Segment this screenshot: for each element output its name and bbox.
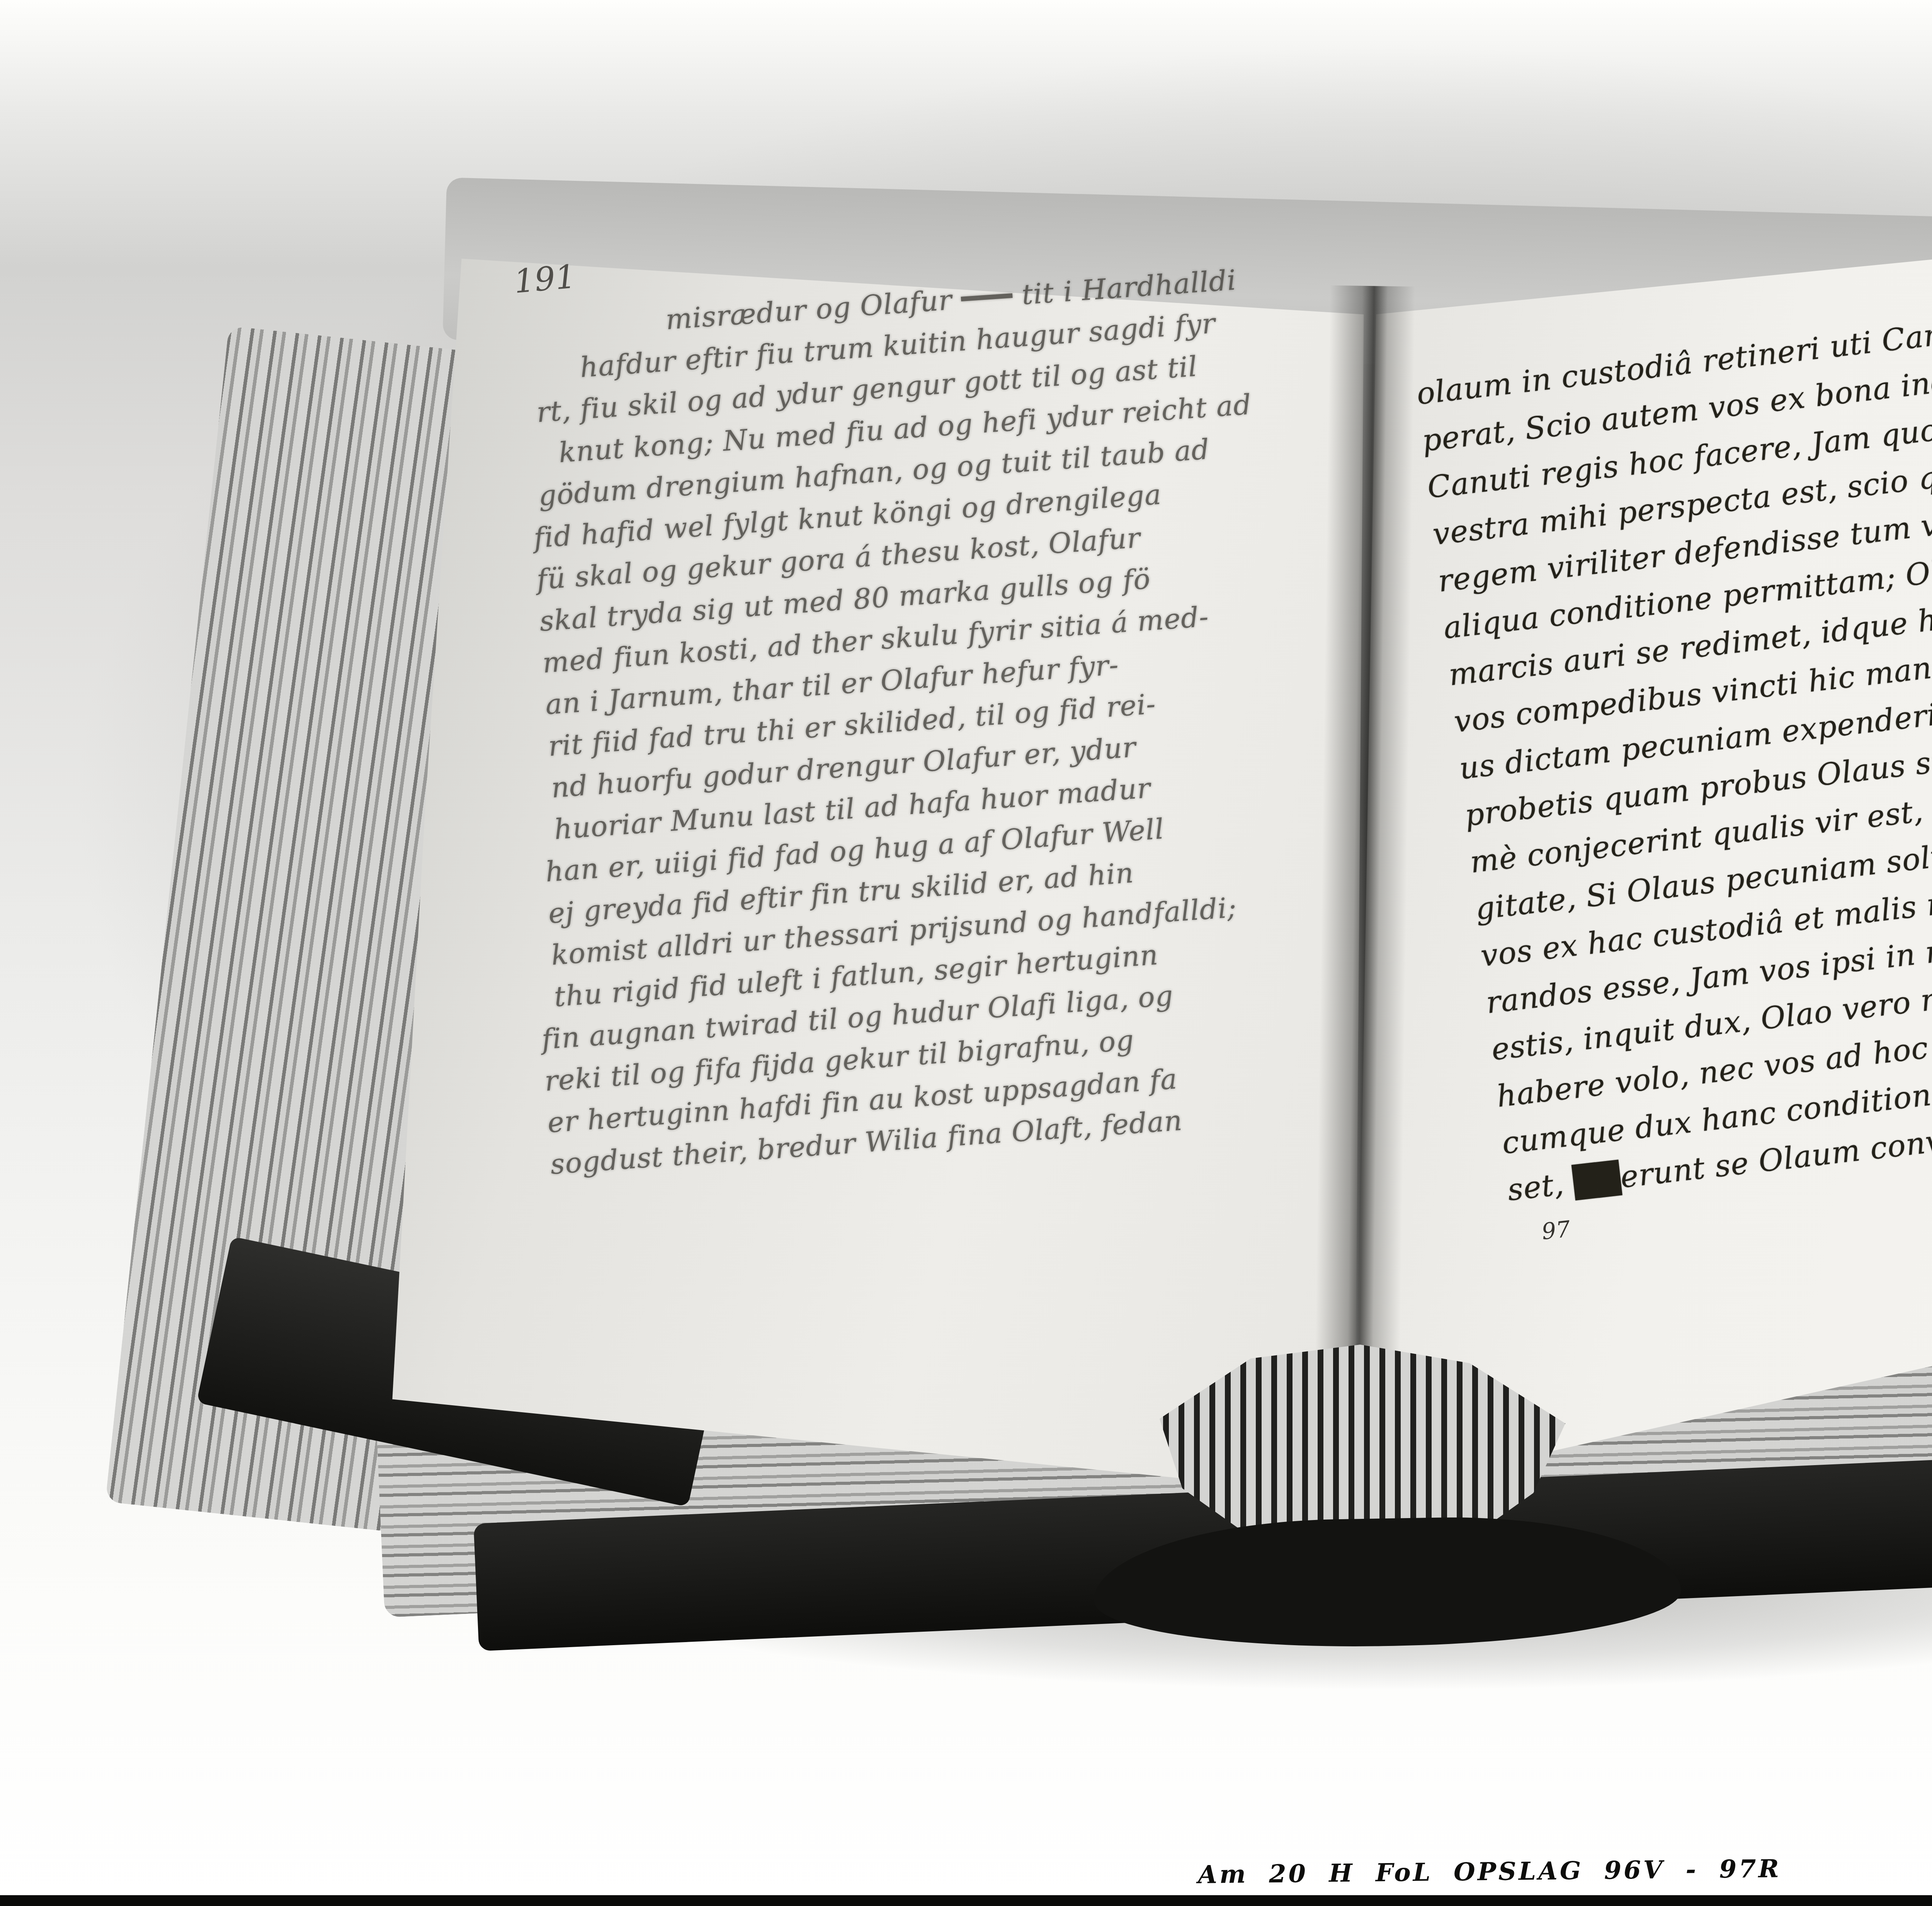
- film-edge-bar: [0, 1895, 1932, 1906]
- gutter-shadow: [1313, 286, 1415, 1515]
- left-page-text: misrædur og Olafur ━━━ tit i Hardhalldih…: [518, 248, 1458, 1183]
- folio-number: 97: [1541, 1217, 1571, 1243]
- manuscript-photograph: 191 192 misrædur og Olafur ━━━ tit i Har…: [0, 0, 1932, 1906]
- left-page-number: 191: [513, 260, 577, 298]
